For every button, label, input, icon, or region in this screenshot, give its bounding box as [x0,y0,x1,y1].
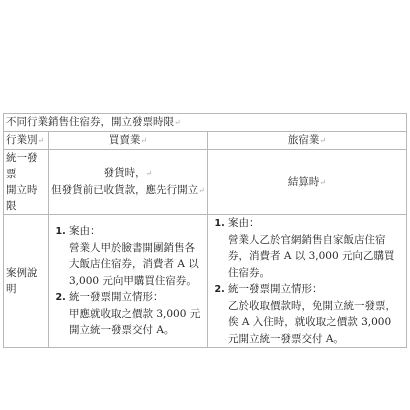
retail-line1-text: 發貨時， [104,167,146,179]
item-text: 乙於收取價款時，免開立統一發票，俟 A 入住時，就收取之價款 3,000 元開立… [228,298,404,348]
retail-case-list: 案由： 營業人甲於臉書開團銷售各大飯店住宿券，消費者 A 以 3,000 元向甲… [51,223,205,339]
item-text: 甲應就收取之價款 3,000 元開立統一發票交付 A。 [69,306,205,339]
hotel-case-item-1: 案由： 營業人乙於官網銷售自家飯店住宿券，消費者 A 以 3,000 元向乙購買… [228,215,404,281]
header-hotel-text: 旅宿業 [288,134,320,146]
hotel-case-item-2: 統一發票開立情形： 乙於收取價款時，免開立統一發票，俟 A 入住時，就收取之價款… [228,281,404,347]
table-title-text: 不同行業銷售住宿券，開立發票時限 [6,116,174,128]
retail-line1: 發貨時，↵ [51,165,205,182]
label-line1: 統一發票 [6,150,46,182]
paragraph-mark: ↵ [319,178,326,187]
hotel-invoice-deadline: 結算時↵ [208,150,407,215]
item-text: 營業人乙於官網銷售自家飯店住宿券，消費者 A 以 3,000 元向乙購買住宿券。 [228,232,404,282]
header-industry: 行業別↵ [4,132,49,150]
retail-case-item-2: 統一發票開立情形： 甲應就收取之價款 3,000 元開立統一發票交付 A。 [69,289,205,339]
retail-case-item-1: 案由： 營業人甲於臉書開團銷售各大飯店住宿券，消費者 A 以 3,000 元向甲… [69,223,205,289]
item-heading: 統一發票開立情形： [228,283,323,295]
label-line2: 開立時限 [6,182,46,214]
invoice-deadline-row: 統一發票 開立時限 發貨時，↵ 但發貨前已收貨款，應先行開立↵ 結算時↵ [4,150,407,215]
header-hotel: 旅宿業↵ [208,132,407,150]
paragraph-mark: ↵ [38,136,45,145]
table-title: 不同行業銷售住宿券，開立發票時限↵ [4,114,407,132]
header-industry-text: 行業別 [6,134,38,146]
hotel-deadline-text: 結算時 [288,176,320,188]
retail-line2-text: 但發貨前已收貨款，應先行開立 [51,184,198,196]
paragraph-mark: ↵ [174,118,181,127]
paragraph-mark: ↵ [198,186,205,195]
case-example-label: 案例說明 [4,215,49,348]
item-heading: 案由： [69,225,101,237]
item-heading: 統一發票開立情形： [69,291,164,303]
hotel-case: 案由： 營業人乙於官網銷售自家飯店住宿券，消費者 A 以 3,000 元向乙購買… [208,215,407,348]
hotel-case-list: 案由： 營業人乙於官網銷售自家飯店住宿券，消費者 A 以 3,000 元向乙購買… [210,215,404,347]
item-heading: 案由： [228,217,260,229]
retail-line2: 但發貨前已收貨款，應先行開立↵ [51,182,205,199]
paragraph-mark: ↵ [146,169,153,178]
item-text: 營業人甲於臉書開團銷售各大飯店住宿券，消費者 A 以 3,000 元向甲購買住宿… [69,240,205,290]
sales-invoice-timing-table: 不同行業銷售住宿券，開立發票時限↵ 行業別↵ 買賣業↵ 旅宿業↵ 統一發票 開立… [3,113,407,348]
retail-case: 案由： 營業人甲於臉書開團銷售各大飯店住宿券，消費者 A 以 3,000 元向甲… [49,215,208,348]
paragraph-mark: ↵ [140,136,147,145]
table-title-row: 不同行業銷售住宿券，開立發票時限↵ [4,114,407,132]
case-example-row: 案例說明 案由： 營業人甲於臉書開團銷售各大飯店住宿券，消費者 A 以 3,00… [4,215,407,348]
paragraph-mark: ↵ [319,136,326,145]
retail-invoice-deadline: 發貨時，↵ 但發貨前已收貨款，應先行開立↵ [49,150,208,215]
header-retail: 買賣業↵ [49,132,208,150]
header-retail-text: 買賣業 [109,134,141,146]
invoice-deadline-label: 統一發票 開立時限 [4,150,49,215]
header-row: 行業別↵ 買賣業↵ 旅宿業↵ [4,132,407,150]
case-label-text: 案例說明 [6,267,38,295]
